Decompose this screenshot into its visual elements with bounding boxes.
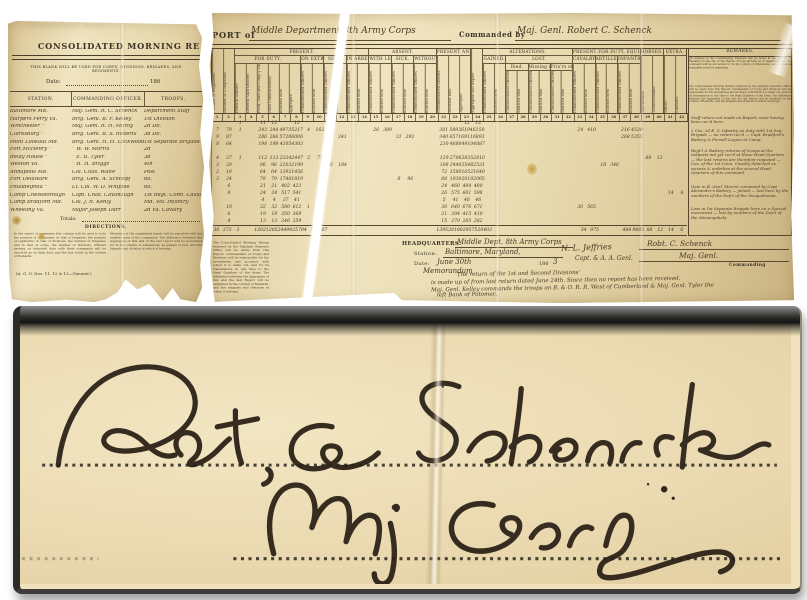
grid-cell — [507, 197, 518, 204]
station-row-officer: Maj. Genl. R. C. Schenck — [72, 109, 144, 114]
grid-cell — [235, 190, 246, 197]
grid-column-label: Enlisted Men — [539, 71, 550, 114]
grid-cell: 612 — [291, 204, 302, 211]
grid-cell — [303, 176, 314, 183]
grid-cell — [541, 169, 552, 176]
grid-cell — [416, 127, 427, 134]
grid-cell — [552, 204, 563, 211]
grid-cell — [337, 141, 348, 148]
memo-line: The return of the 1st and Second Divisio… — [457, 270, 580, 278]
grid-cell — [586, 211, 597, 218]
grid-cell: 541 — [291, 190, 302, 197]
grid-cell: 13 — [257, 218, 268, 225]
grid-cell — [609, 141, 620, 148]
grid-cell — [325, 211, 336, 218]
grid-cell: 410 — [586, 127, 597, 134]
grid-cell — [303, 211, 314, 218]
grid-cell: 282 — [473, 218, 484, 225]
adjutant-signature: N. L. Jeffries — [561, 242, 612, 253]
grid-cell — [677, 134, 688, 141]
grid-cell — [519, 141, 530, 148]
grid-cell: 14 — [666, 226, 677, 235]
grid-group: PRESENT.FOR DUTY.General OfficersGeneral… — [235, 49, 369, 114]
grid-cell — [393, 169, 404, 176]
grid-cell — [654, 190, 665, 197]
grid-cell — [337, 190, 348, 197]
grid-cell — [586, 134, 597, 141]
grid-cell: 410 — [473, 211, 484, 218]
grid-cell — [223, 120, 234, 127]
grid-cell — [586, 183, 597, 190]
grid-cell — [642, 197, 653, 204]
station-row: Fort McHenry "” W. W. Morris2d ” — [10, 146, 202, 154]
grid-group-label: SICK. — [392, 56, 414, 63]
grid-cell — [563, 134, 574, 141]
grid-cell: 12 — [461, 120, 472, 127]
grid-cell — [416, 141, 427, 148]
grid-data-row: 11112121212 — [211, 120, 689, 127]
grid-cell: 79 — [257, 176, 268, 183]
grid-group: WITHOUT LEAVE.Commissioned OfficersEnlis… — [414, 56, 436, 114]
commander-signature: Robt. C. Schenck — [647, 239, 712, 248]
station-row-station: Fort Delaware — [10, 177, 72, 182]
grid-cell — [303, 141, 314, 148]
fold-crease — [351, 13, 356, 303]
grid-cell — [359, 127, 370, 134]
document-left-piece: CONSOLIDATED MORN CONSOLIDATED MORNING R… — [8, 21, 204, 302]
grid-cell: 21 — [439, 211, 450, 218]
grid-cell: 216 — [620, 127, 631, 134]
grid-cell — [416, 190, 427, 197]
grid-cell: 8 — [212, 141, 223, 148]
fold-crease — [120, 21, 125, 302]
grid-cell: 301 — [438, 127, 449, 134]
grid-cell — [427, 134, 438, 141]
grid-cell — [642, 211, 653, 218]
grid-cell — [235, 197, 246, 204]
grid-cell — [642, 204, 653, 211]
grid-cell — [654, 169, 665, 176]
grid-cell — [328, 226, 339, 235]
grid-cell: 2005 — [473, 176, 485, 183]
remark-handwritten: Regt'l & Battery returns of troops at th… — [691, 149, 789, 175]
grid-cell: 1640 — [473, 169, 485, 176]
grid-column-label: Enlisted Men — [561, 71, 572, 114]
station-row-troops: do. — [144, 177, 202, 182]
directions-text-col1: In the report of regiments this column w… — [14, 232, 106, 258]
grid-cell: 96 — [405, 176, 416, 183]
grid-group-label: ARTILLERY. — [596, 56, 618, 63]
date-blank — [66, 85, 148, 86]
grid-cell: 5893 — [449, 127, 461, 134]
grid-cell — [212, 204, 223, 211]
grid-cell — [360, 176, 371, 183]
grid-cell: 2447 — [291, 155, 303, 162]
grid-cell — [303, 183, 314, 190]
grid-cell — [405, 162, 416, 169]
grid-cell — [405, 148, 416, 155]
grid-cell: 24 — [223, 176, 234, 183]
grid-cell — [371, 148, 382, 155]
grid-group: Died.Commissioned OfficersEnlisted Men — [506, 64, 528, 114]
grid-cell — [507, 162, 518, 169]
grid-cell — [416, 204, 427, 211]
grid-cell — [416, 176, 427, 183]
grid-cell — [586, 155, 597, 162]
grid-cell: 21 — [257, 183, 268, 190]
grid-cell — [507, 120, 518, 127]
grid-cell: 1395 — [436, 226, 448, 235]
grid-cell: 4 — [223, 218, 234, 225]
grid-cell — [575, 155, 586, 162]
grid-cell — [416, 211, 427, 218]
grid-cell — [654, 211, 665, 218]
grid-cell — [382, 211, 393, 218]
grid-cell — [530, 176, 541, 183]
grid-cell — [553, 155, 564, 162]
grid-cell — [393, 197, 404, 204]
grid-cell — [654, 134, 665, 141]
grid-cell — [597, 204, 608, 211]
grid-cell — [360, 155, 371, 162]
grid-cell: 19 — [223, 169, 234, 176]
station-row-officer: Lt. Col. W. D. Whipple — [72, 185, 144, 190]
grid-cell: 2334 — [280, 155, 292, 162]
grid-cell — [235, 169, 246, 176]
grid-cell: 2706 — [450, 155, 462, 162]
grid-cell — [507, 148, 518, 155]
grid-cell — [620, 148, 631, 155]
grid-cell — [654, 176, 665, 183]
grid-data-row: 7791243244497352174162263803015893619461… — [211, 127, 689, 134]
station-row-troops: 2d Va. Cavalry — [144, 208, 202, 213]
grid-cell — [620, 190, 631, 197]
grid-cell — [371, 204, 382, 211]
grid-column-label: Commissioned Officers — [392, 64, 403, 114]
grid-cell — [404, 226, 415, 235]
station-row-troops: Post — [144, 170, 202, 175]
grid-data-row: 32479791740181989688193020182005 — [211, 176, 689, 183]
grid-column-label: Aggregate — [459, 56, 470, 114]
grid-cell — [246, 155, 257, 162]
grid-cell — [529, 120, 540, 127]
grid-cell: 415 — [461, 211, 472, 218]
signature-rank-script: Maj. Genl. — [270, 485, 733, 584]
date-year-handwritten: 3 — [553, 258, 557, 266]
grid-cell: 4 — [269, 197, 280, 204]
station-row-troops: 1st Regt. Conn. Cavalry — [144, 193, 202, 198]
grid-cell: 3 — [212, 162, 223, 169]
grid-cell: 423 — [291, 183, 302, 190]
grid-cell: 3 — [212, 176, 223, 183]
grid-column-label: Commissioned Officers — [529, 71, 540, 114]
ago-form-number: (A. G. O. Nos. 11, 12 & 13—General.) — [16, 271, 92, 276]
grid-cell: 25704 — [292, 226, 307, 235]
grid-column-label: Enlisted Men — [312, 64, 323, 114]
grid-cell — [393, 162, 404, 169]
grid-cell — [608, 204, 619, 211]
grid-data-row: 4371112113233424472771292706283528108812 — [211, 155, 689, 162]
grid-column-label: Commissioned Officers — [618, 64, 629, 114]
station-row-officer: Brig. Genl. H. H. Lockwood — [72, 140, 144, 145]
station-row-officer: Capt. Chas. Cavanaugh — [72, 193, 144, 198]
grid-cell: 4303 — [291, 141, 303, 148]
grid-cell — [552, 148, 563, 155]
grid-cell — [427, 155, 438, 162]
grid-cell — [597, 197, 608, 204]
document-main-piece: PORT of Middle Department 8th Army Corps… — [209, 13, 794, 303]
station-row: Camp CheseboroughCapt. Chas. Cavanaugh1s… — [10, 191, 202, 199]
station-row-station: Fort McHenry " — [10, 147, 72, 152]
grid-cell — [597, 218, 608, 225]
grid-cell — [575, 197, 586, 204]
grid-cell — [427, 211, 438, 218]
grid-cell: 373 — [222, 226, 233, 235]
grid-cell: 8 — [223, 190, 234, 197]
grid-cell: 36 — [211, 226, 222, 235]
grid-data-row: 4131324625915270285282 — [211, 218, 689, 225]
grid-cell — [246, 127, 257, 134]
grid-cell: 1392 — [280, 169, 292, 176]
grid-column-label: Aggregate last Report — [471, 49, 482, 114]
station-row-officer: Col. Chas. Waite — [72, 170, 144, 175]
grid-group-label: CAVALRY. — [573, 56, 595, 63]
grid-cell — [450, 148, 461, 155]
station-row-troops: Department Staff — [144, 109, 202, 114]
grid-cell — [382, 190, 393, 197]
grid-cell — [563, 120, 574, 127]
grid-cell — [676, 218, 687, 225]
grid-column-label: Commissioned Officers — [369, 64, 380, 114]
grid-cell — [529, 204, 540, 211]
grid-cell — [246, 204, 257, 211]
station-row-troops: Md. Vol. Infantry — [144, 200, 202, 205]
grid-group-label: INFANTRY. — [618, 56, 640, 63]
grid-cell — [676, 183, 687, 190]
grid-cell — [280, 148, 291, 155]
grid-group-label: FOR DUTY. — [235, 56, 300, 63]
grid-cell — [552, 120, 563, 127]
grid-group-label: WITH LEAVE. — [369, 56, 391, 63]
grid-cell: 484 — [622, 226, 633, 235]
grid-cell — [563, 148, 574, 155]
grid-cell — [507, 211, 518, 218]
station-row-officer: Col. J. R. Kenly — [72, 200, 144, 205]
grid-cell — [529, 183, 540, 190]
grid-cell — [393, 204, 404, 211]
grid-cell — [642, 183, 653, 190]
col-station: STATION. — [10, 92, 72, 106]
grid-cell: 41 — [291, 197, 302, 204]
grid-group-label: WITHOUT LEAVE. — [414, 56, 436, 63]
station-row-troops: 1st Division — [144, 117, 202, 122]
grid-cell — [427, 190, 438, 197]
grid-cell — [359, 204, 370, 211]
grid-cell: 6 — [223, 183, 234, 190]
grid-cell: 12 — [655, 226, 666, 235]
grid-cell — [676, 148, 687, 155]
grid-cell — [609, 176, 620, 183]
station-row: Clarksburg "Brig. Genl. B. S. Roberts3d … — [10, 131, 202, 139]
grid-column-label: Enlisted Men — [357, 64, 368, 114]
grid-cell: 64 — [257, 169, 268, 176]
grid-cell — [564, 162, 575, 169]
totals-label: Totals: — [60, 216, 77, 222]
grid-column-label: Enlisted Men — [448, 56, 459, 114]
grid-data-row: 86419819841054303230468049104887 — [211, 141, 689, 148]
grid-cell — [586, 197, 597, 204]
grid-cell — [359, 120, 370, 127]
grid-cell: 198 — [257, 141, 268, 148]
grid-cell: 9 — [212, 134, 223, 141]
grid-cell: 1 — [235, 155, 246, 162]
grid-cell — [643, 134, 654, 141]
auction-photo-canvas: CONSOLIDATED MORN CONSOLIDATED MORNING R… — [0, 0, 807, 600]
grid-group: Number of RegimentsNumber of Companies — [212, 49, 235, 114]
grid-column-label: Unserviceable — [652, 56, 663, 114]
grid-cell: 88 — [643, 155, 654, 162]
grid-cell: 37 — [280, 197, 291, 204]
grid-cell — [665, 141, 676, 148]
grid-cell — [597, 120, 608, 127]
grid-cell — [575, 148, 586, 155]
grid-cell — [393, 155, 404, 162]
grid-cell — [541, 218, 552, 225]
station-row-station: Harpers Ferry Va. — [10, 117, 72, 122]
grid-column-label: Commissioned Officers — [573, 64, 584, 114]
grid-cell — [609, 155, 620, 162]
fold-crease — [495, 13, 500, 303]
grid-cell — [371, 141, 382, 148]
grid-cell — [654, 148, 665, 155]
grid-cell: 7 — [212, 127, 223, 134]
grid-cell — [359, 190, 370, 197]
grid-cell — [291, 148, 302, 155]
grid-cell: 2440 — [450, 162, 462, 169]
grid-cell — [575, 183, 586, 190]
grid-cell — [586, 190, 597, 197]
adjutant-title: Capt. & A. A. Genl. — [575, 255, 633, 262]
station-row-station: Winchester " — [10, 124, 72, 129]
grid-group: CAVALRY.Commissioned OfficersEnlisted Me… — [573, 56, 596, 114]
grid-cell — [608, 211, 619, 218]
grid-cell: 2548 — [461, 162, 473, 169]
grid-cell — [416, 134, 427, 141]
grid-cell — [541, 148, 552, 155]
grid-group: FOR DUTY.General OfficersGeneral Staff O… — [235, 56, 301, 114]
grid-cell: 244 — [268, 127, 279, 134]
grid-cell — [665, 162, 676, 169]
grid-cell — [507, 141, 518, 148]
grid-cell — [325, 190, 336, 197]
grid-cell — [427, 218, 438, 225]
grid-cell — [597, 127, 608, 134]
grid-cell — [393, 183, 404, 190]
grid-cell: 369 — [291, 211, 302, 218]
grid-cell — [552, 127, 563, 134]
memo-line: left Bank of Potomac. — [437, 291, 498, 298]
grid-cell — [541, 155, 552, 162]
grid-cell: 4105 — [280, 141, 292, 148]
grid-cell — [337, 204, 348, 211]
grid-cell — [586, 120, 597, 127]
grid-cell — [552, 218, 563, 225]
grid-cell: 32 — [257, 204, 268, 211]
grid-cell — [235, 148, 246, 155]
grid-cell: 394 — [450, 211, 461, 218]
grid-cell — [654, 120, 665, 127]
grid-cell — [552, 134, 563, 141]
grid-cell — [235, 162, 246, 169]
commanded-by-label: Commanded by — [459, 30, 525, 39]
grid-cell: 112 — [257, 155, 268, 162]
grid-cell — [246, 148, 257, 155]
grid-cell: 19 — [269, 211, 280, 218]
grid-cell — [212, 148, 223, 155]
grid-cell: 36 — [439, 204, 450, 211]
grid-cell: 2199 — [291, 162, 303, 169]
grid-cell — [665, 218, 676, 225]
grid-cell — [563, 183, 574, 190]
grid-cell — [586, 218, 597, 225]
grid-cell — [665, 197, 676, 204]
grid-cell: 3 — [233, 226, 244, 235]
grid-cell — [518, 218, 529, 225]
department-blank-line — [249, 40, 451, 41]
grid-cell — [484, 183, 495, 190]
grid-cell — [246, 169, 257, 176]
station-row: Annapolis Md.Col. Chas. WaitePost — [10, 169, 202, 177]
grid-cell — [484, 120, 495, 127]
grid-cell — [439, 120, 450, 127]
grid-cell — [676, 211, 687, 218]
grid-cell: 129 — [438, 155, 449, 162]
grid-cell — [530, 134, 541, 141]
grid-cell — [382, 141, 393, 148]
grid-cell — [382, 204, 393, 211]
header-rule — [12, 55, 200, 60]
grid-cell — [337, 211, 348, 218]
grid-cell — [575, 190, 586, 197]
grid-cell: 6194 — [461, 127, 473, 134]
grid-cell — [212, 190, 223, 197]
grid-cell — [541, 120, 552, 127]
grid-cell: 4887 — [473, 141, 485, 148]
grid-cell — [552, 211, 563, 218]
grid-cell — [427, 197, 438, 204]
grid-cell — [597, 148, 608, 155]
directions-title: DIRECTIONS. — [8, 225, 204, 230]
grid-cell — [620, 218, 631, 225]
grid-cell — [371, 211, 382, 218]
grid-cell — [427, 169, 438, 176]
grid-cell — [416, 169, 427, 176]
grid-cell — [620, 204, 631, 211]
grid-cell: 24499 — [278, 226, 293, 235]
grid-cell: 113 — [268, 155, 279, 162]
grid-cell — [246, 162, 257, 169]
grid-cell: 4 — [303, 127, 314, 134]
grid-cell: 2 — [212, 169, 223, 176]
grid-cell: 565 — [586, 204, 597, 211]
grid-cell — [654, 197, 665, 204]
grid-cell: 671 — [473, 204, 484, 211]
grid-data-row: 1032325806121283664067667130565 — [211, 204, 689, 211]
signature-name-script: Robt. C. Schenck — [58, 367, 769, 484]
grid-cell: 28180 — [448, 226, 463, 235]
grid-cell — [393, 190, 404, 197]
grid-column-label: General Officers — [235, 64, 246, 114]
